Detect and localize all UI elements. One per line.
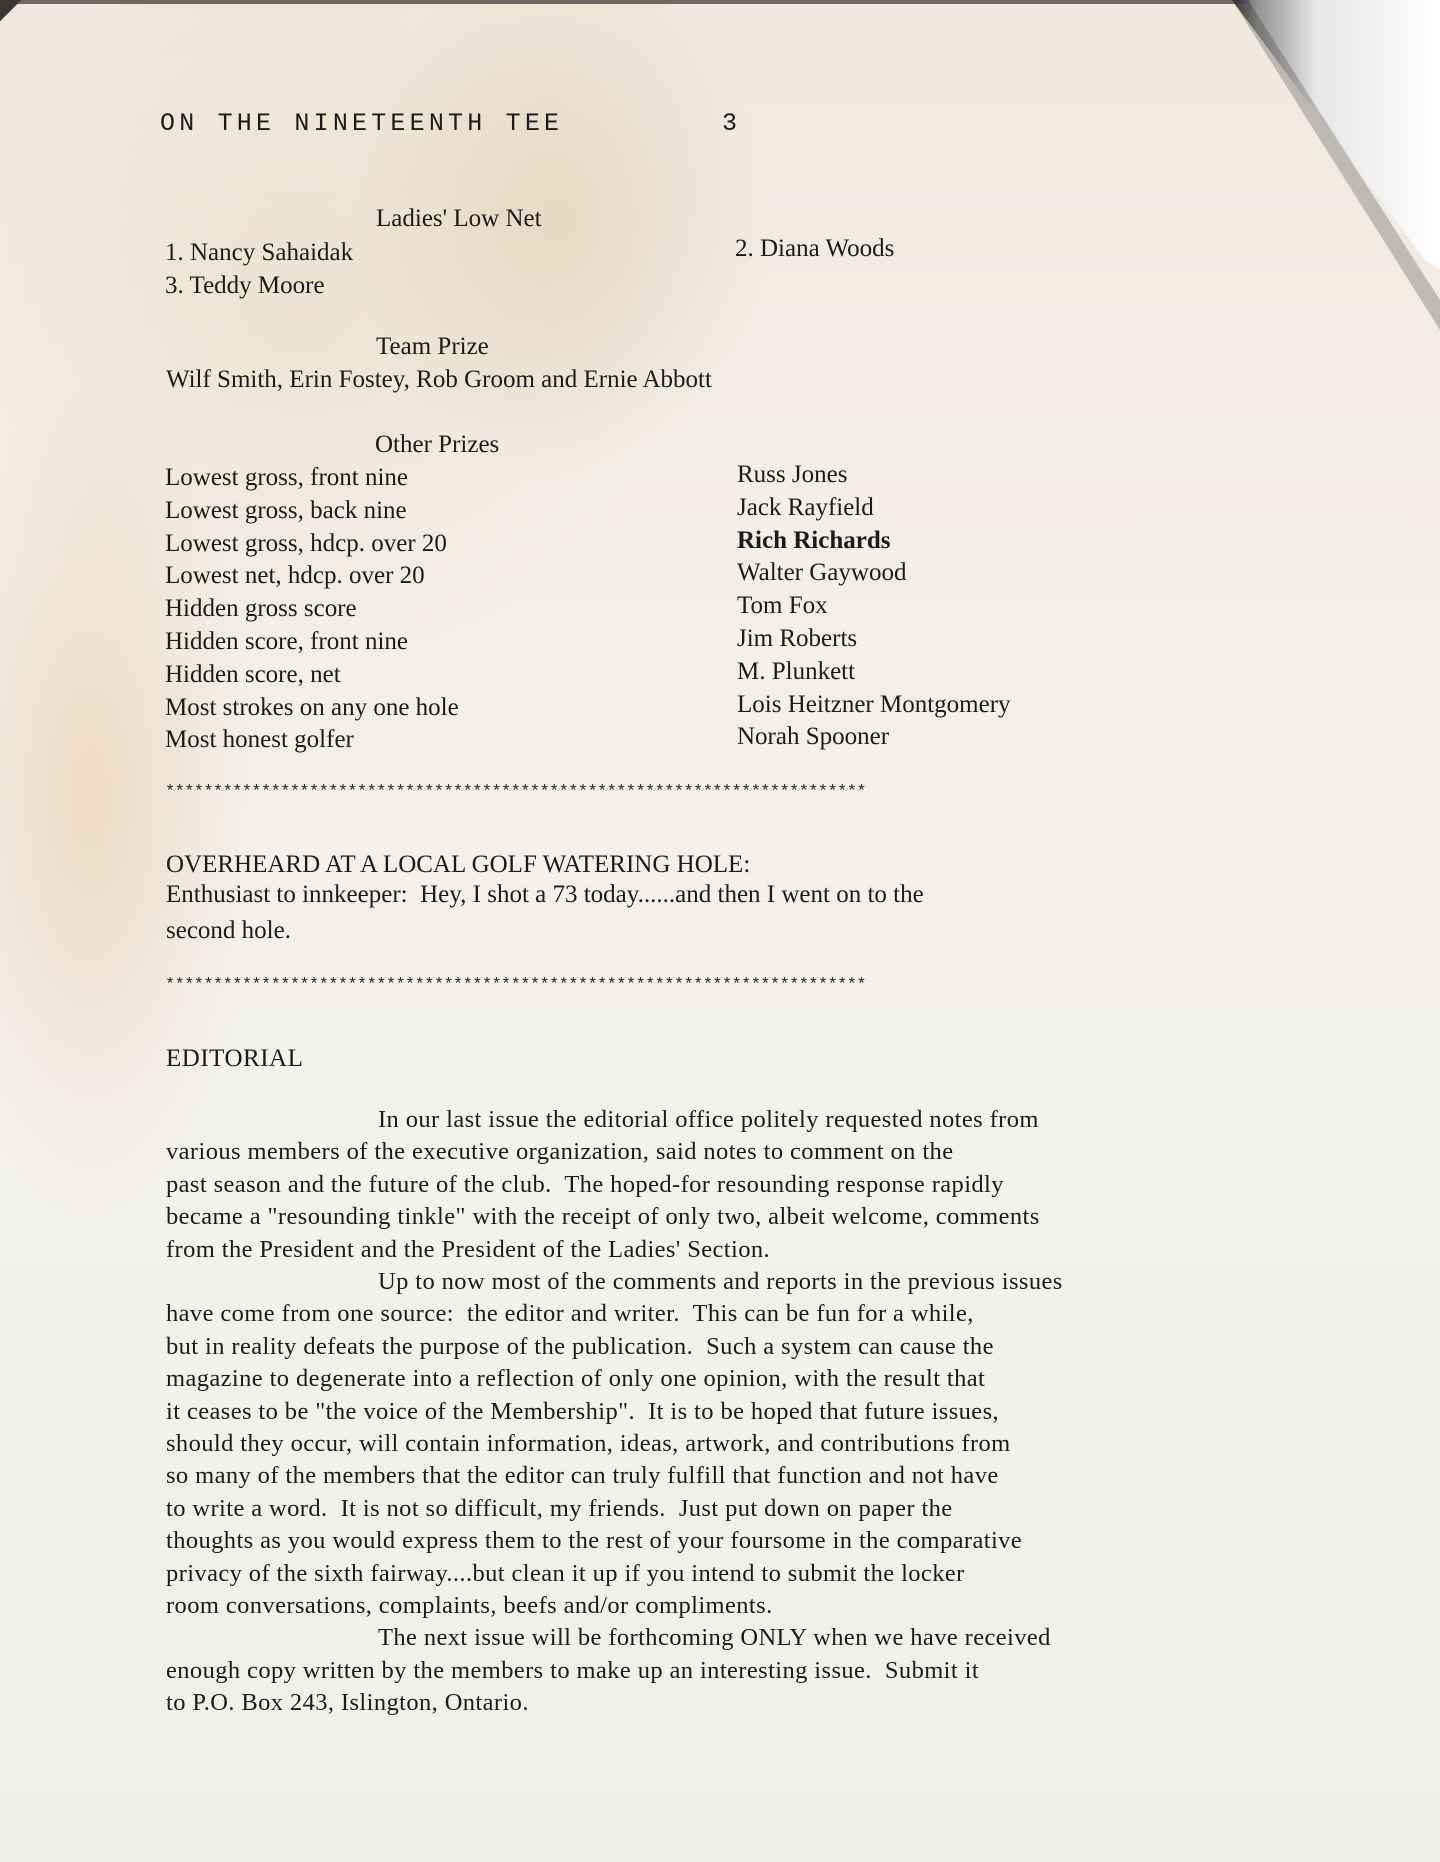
prize-winner: Jim Roberts xyxy=(737,626,857,651)
ladies-low-net-entry: 2. Diana Woods xyxy=(735,236,894,261)
editorial-line: to write a word. It is not so difficult,… xyxy=(166,1497,953,1522)
page-number: 3 xyxy=(722,111,741,136)
prize-winner: M. Plunkett xyxy=(737,659,855,684)
editorial-line: enough copy written by the members to ma… xyxy=(166,1659,979,1684)
overheard-line: Enthusiast to innkeeper: Hey, I shot a 7… xyxy=(166,882,924,907)
editorial-line: past season and the future of the club. … xyxy=(166,1173,1004,1198)
asterisk-separator: ****************************************… xyxy=(165,784,866,801)
prize-category: Lowest net, hdcp. over 20 xyxy=(165,563,425,588)
prize-winner: Tom Fox xyxy=(737,593,828,618)
ladies-low-net-heading: Ladies' Low Net xyxy=(376,206,542,231)
editorial-line: to P.O. Box 243, Islington, Ontario. xyxy=(166,1691,529,1716)
prize-winner: Rich Richards xyxy=(737,528,890,553)
editorial-line: magazine to degenerate into a reflection… xyxy=(166,1367,985,1392)
team-prize-winners: Wilf Smith, Erin Fostey, Rob Groom and E… xyxy=(166,367,712,392)
prize-category: Hidden score, front nine xyxy=(165,629,408,654)
editorial-line: have come from one source: the editor an… xyxy=(166,1302,974,1327)
prize-category: Most strokes on any one hole xyxy=(165,695,459,720)
editorial-line: Up to now most of the comments and repor… xyxy=(378,1270,1063,1295)
editorial-line: became a "resounding tinkle" with the re… xyxy=(166,1205,1040,1230)
editorial-line: so many of the members that the editor c… xyxy=(166,1464,999,1489)
editorial-line: should they occur, will contain informat… xyxy=(166,1432,1011,1457)
editorial-line: thoughts as you would express them to th… xyxy=(166,1529,1022,1554)
page-top-edge xyxy=(0,0,1250,4)
ladies-low-net-entry: 1. Nancy Sahaidak xyxy=(165,240,353,265)
prize-category: Lowest gross, front nine xyxy=(165,465,408,490)
editorial-line: it ceases to be "the voice of the Member… xyxy=(166,1400,999,1425)
editorial-line: but in reality defeats the purpose of th… xyxy=(166,1335,994,1360)
prize-category: Hidden gross score xyxy=(165,596,357,621)
editorial-line: In our last issue the editorial office p… xyxy=(378,1108,1039,1133)
prize-winner: Russ Jones xyxy=(737,462,847,487)
page-corner-shadow xyxy=(0,0,30,30)
prize-winner: Lois Heitzner Montgomery xyxy=(737,692,1011,717)
overheard-line: second hole. xyxy=(166,918,291,943)
prize-winner: Norah Spooner xyxy=(737,724,889,749)
newsletter-title: ON THE NINETEENTH TEE xyxy=(160,111,563,136)
editorial-heading: EDITORIAL xyxy=(166,1046,303,1071)
overheard-heading: OVERHEARD AT A LOCAL GOLF WATERING HOLE: xyxy=(166,852,750,877)
prize-category: Lowest gross, back nine xyxy=(165,498,407,523)
other-prizes-heading: Other Prizes xyxy=(375,432,499,457)
prize-winner: Jack Rayfield xyxy=(737,495,874,520)
prize-category: Lowest gross, hdcp. over 20 xyxy=(165,531,447,556)
editorial-line: room conversations, complaints, beefs an… xyxy=(166,1594,773,1619)
editorial-line: privacy of the sixth fairway....but clea… xyxy=(166,1562,965,1587)
editorial-line: The next issue will be forthcoming ONLY … xyxy=(378,1626,1051,1651)
editorial-line: various members of the executive organiz… xyxy=(166,1140,953,1165)
ladies-low-net-entry: 3. Teddy Moore xyxy=(165,273,325,298)
prize-category: Hidden score, net xyxy=(165,662,341,687)
prize-winner: Walter Gaywood xyxy=(737,560,906,585)
editorial-line: from the President and the President of … xyxy=(166,1238,770,1263)
prize-category: Most honest golfer xyxy=(165,727,354,752)
asterisk-separator: ****************************************… xyxy=(165,977,866,994)
team-prize-heading: Team Prize xyxy=(376,334,489,359)
